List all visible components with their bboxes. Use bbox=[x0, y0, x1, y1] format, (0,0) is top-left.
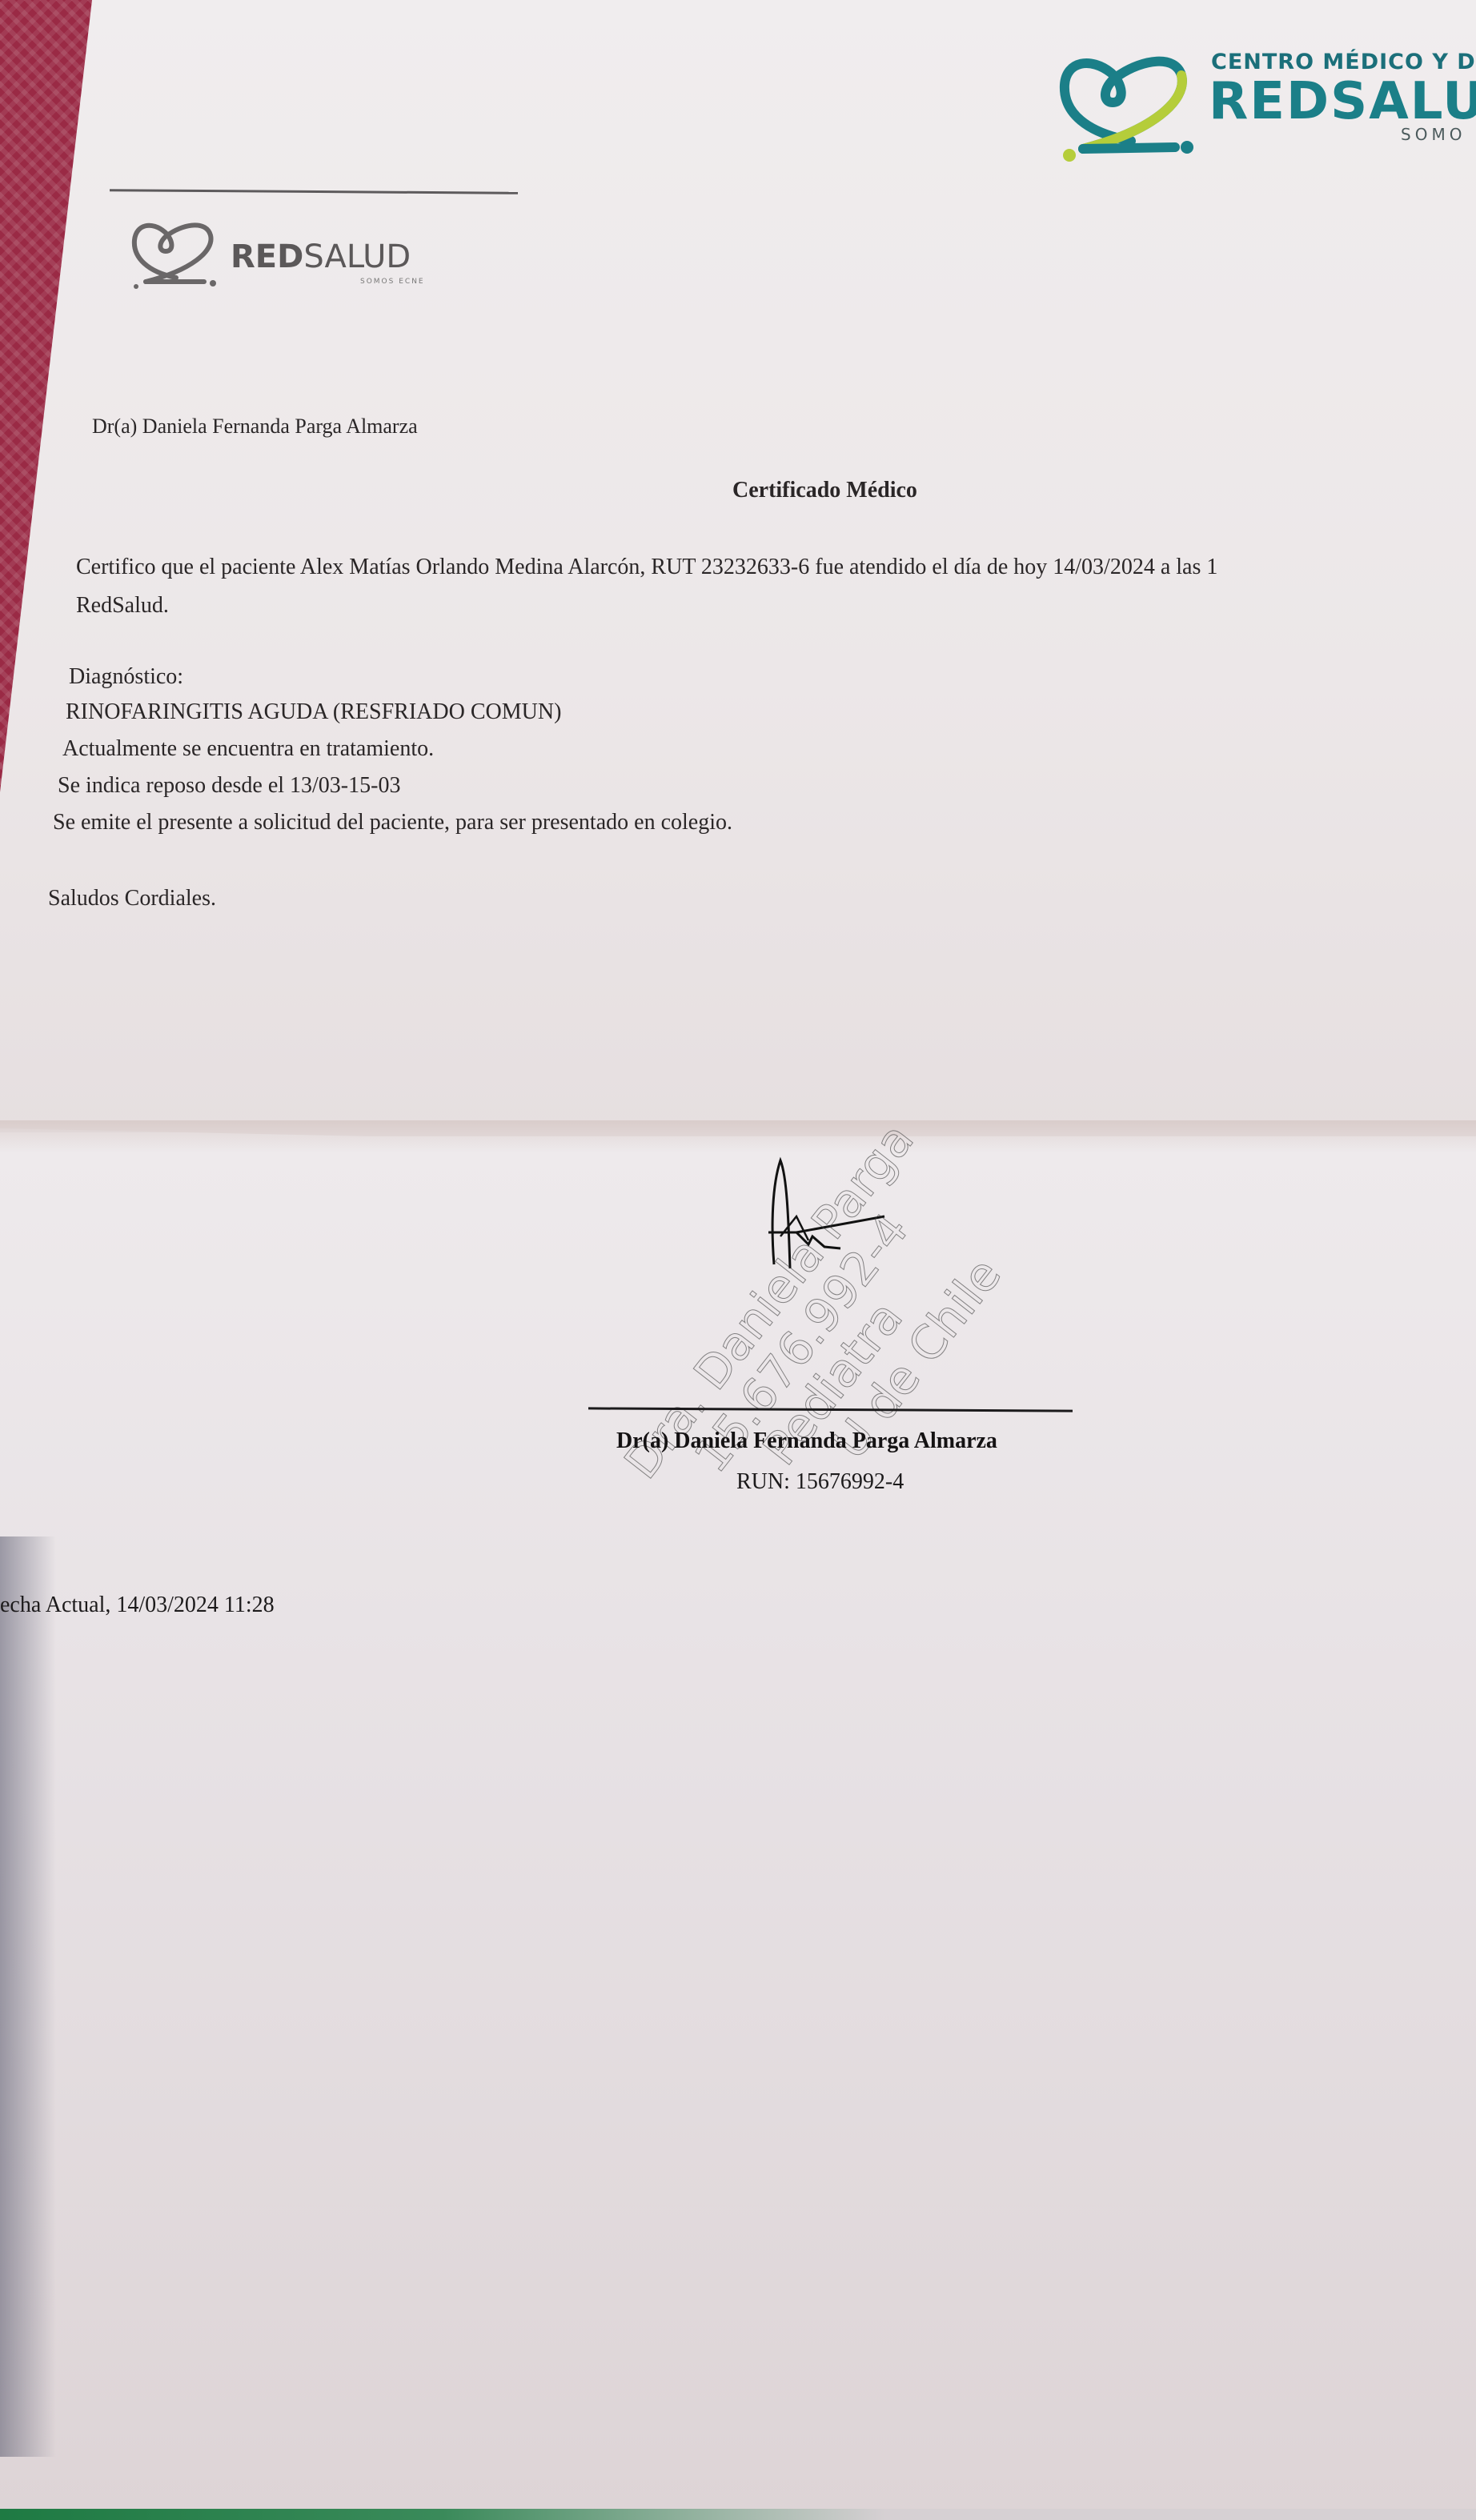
document-title: Certificado Médico bbox=[732, 478, 917, 503]
diagnosis-value: RINOFARINGITIS AGUDA (RESFRIADO COMUN) bbox=[66, 699, 561, 725]
rest-period: Se indica reposo desde el 13/03-15-03 bbox=[58, 773, 400, 799]
logo-tagline: SOMOS ECNE bbox=[360, 278, 425, 286]
treatment-status: Actualmente se encuentra en tratamiento. bbox=[62, 736, 434, 762]
certification-text: Certifico que el paciente Alex Matías Or… bbox=[76, 555, 1217, 580]
redsalud-logo-gray: REDSALUD SOMOS ECNE bbox=[128, 210, 228, 294]
issue-purpose: Se emite el presente a solicitud del pac… bbox=[53, 810, 732, 835]
paper-fold bbox=[0, 1120, 1476, 1152]
current-date: echa Actual, 14/03/2024 11:28 bbox=[0, 1593, 275, 1618]
hand-shadow bbox=[0, 1536, 56, 2457]
signature-name: Dr(a) Daniela Fernanda Parga Almarza bbox=[616, 1428, 997, 1454]
table-edge bbox=[0, 2509, 1476, 2520]
doctor-header: Dr(a) Daniela Fernanda Parga Almarza bbox=[92, 415, 418, 439]
heart-logo-icon bbox=[1055, 37, 1207, 165]
redsalud-logo-color: CENTRO MÉDICO Y D REDSALU SOMO bbox=[1055, 37, 1207, 169]
closing-greeting: Saludos Cordiales. bbox=[48, 886, 216, 911]
heart-logo-icon bbox=[128, 210, 228, 290]
logo-subtitle: CENTRO MÉDICO Y D bbox=[1211, 50, 1476, 74]
logo-brand: REDSALU bbox=[1209, 72, 1476, 131]
signature-run: RUN: 15676992-4 bbox=[736, 1469, 904, 1495]
logo-brand: REDSALUD bbox=[231, 238, 411, 275]
logo-tagline: SOMO bbox=[1401, 125, 1466, 144]
diagnosis-label: Diagnóstico: bbox=[69, 664, 183, 690]
certification-text-cont: RedSalud. bbox=[76, 593, 169, 619]
